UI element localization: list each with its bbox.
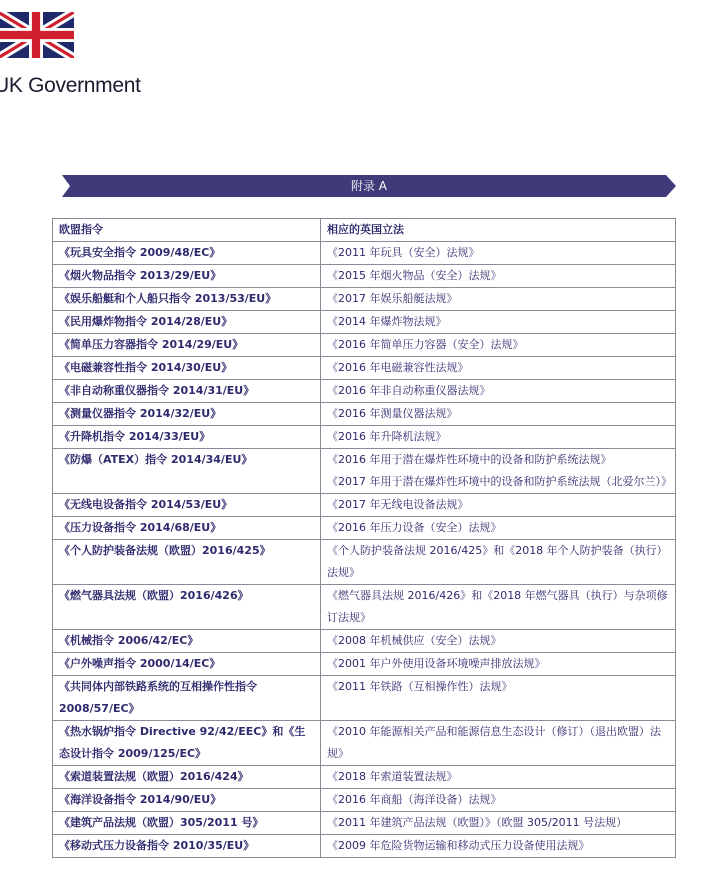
table-row: 《热水锅炉指令 Directive 92/42/EEC》和《生态设计指令 200… [53, 721, 676, 766]
eu-directive-cell: 《燃气器具法规（欧盟）2016/426》 [53, 585, 321, 630]
table-row: 《升降机指令 2014/33/EU》《2016 年升降机法规》 [53, 426, 676, 449]
uk-legislation-cell: 《燃气器具法规 2016/426》和《2018 年燃气器具（执行）与杂项修订法规… [321, 585, 676, 630]
uk-legislation-cell: 《2016 年电磁兼容性法规》 [321, 357, 676, 380]
column-header-uk-legislation: 相应的英国立法 [321, 219, 676, 242]
eu-directive-cell: 《电磁兼容性指令 2014/30/EU》 [53, 357, 321, 380]
table-row: 《玩具安全指令 2009/48/EC》《2011 年玩具（安全）法规》 [53, 242, 676, 265]
uk-legislation-cell: 《个人防护装备法规 2016/425》和《2018 年个人防护装备（执行）法规》 [321, 540, 676, 585]
uk-legislation-entry: 《2009 年危险货物运输和移动式压力设备使用法规》 [327, 835, 669, 857]
uk-legislation-cell: 《2016 年非自动称重仪器法规》 [321, 380, 676, 403]
uk-legislation-entry: 《2017 年用于潜在爆炸性环境中的设备和防护系统法规（北爱尔兰）》 [327, 471, 669, 493]
uk-legislation-entry: 《2016 年简单压力容器（安全）法规》 [327, 334, 669, 356]
eu-directive-cell: 《海洋设备指令 2014/90/EU》 [53, 789, 321, 812]
uk-legislation-entry: 《2014 年爆炸物法规》 [327, 311, 669, 333]
uk-legislation-cell: 《2017 年娱乐船艇法规》 [321, 288, 676, 311]
table-row: 《共同体内部铁路系统的互相操作性指令 2008/57/EC》《2011 年铁路（… [53, 676, 676, 721]
table-row: 《压力设备指令 2014/68/EU》《2016 年压力设备（安全）法规》 [53, 517, 676, 540]
table-row: 《索道装置法规（欧盟）2016/424》《2018 年索道装置法规》 [53, 766, 676, 789]
uk-legislation-cell: 《2010 年能源相关产品和能源信息生态设计（修订）（退出欧盟）法规》 [321, 721, 676, 766]
table-row: 《民用爆炸物指令 2014/28/EU》《2014 年爆炸物法规》 [53, 311, 676, 334]
eu-directive-cell: 《户外噪声指令 2000/14/EC》 [53, 653, 321, 676]
table-row: 《移动式压力设备指令 2010/35/EU》《2009 年危险货物运输和移动式压… [53, 835, 676, 858]
table-row: 《个人防护装备法规（欧盟）2016/425》《个人防护装备法规 2016/425… [53, 540, 676, 585]
eu-directive-cell: 《非自动称重仪器指令 2014/31/EU》 [53, 380, 321, 403]
uk-government-logo: UK Government [0, 12, 170, 92]
table-row: 《娱乐船艇和个人船只指令 2013/53/EU》《2017 年娱乐船艇法规》 [53, 288, 676, 311]
eu-directive-cell: 《建筑产品法规（欧盟）305/2011 号》 [53, 812, 321, 835]
uk-legislation-cell: 《2017 年无线电设备法规》 [321, 494, 676, 517]
uk-legislation-cell: 《2011 年建筑产品法规（欧盟）》（欧盟 305/2011 号法规） [321, 812, 676, 835]
uk-legislation-cell: 《2011 年玩具（安全）法规》 [321, 242, 676, 265]
table-row: 《简单压力容器指令 2014/29/EU》《2016 年简单压力容器（安全）法规… [53, 334, 676, 357]
uk-legislation-entry: 《个人防护装备法规 2016/425》和《2018 年个人防护装备（执行）法规》 [327, 540, 669, 584]
uk-legislation-cell: 《2016 年商船（海洋设备）法规》 [321, 789, 676, 812]
eu-directive-cell: 《压力设备指令 2014/68/EU》 [53, 517, 321, 540]
eu-directive-cell: 《机械指令 2006/42/EC》 [53, 630, 321, 653]
eu-directive-cell: 《简单压力容器指令 2014/29/EU》 [53, 334, 321, 357]
uk-legislation-cell: 《2001 年户外使用设备环境噪声排放法规》 [321, 653, 676, 676]
annex-banner: 附录 A [62, 175, 676, 197]
uk-legislation-entry: 《2017 年娱乐船艇法规》 [327, 288, 669, 310]
table-row: 《防爆（ATEX）指令 2014/34/EU》《2016 年用于潜在爆炸性环境中… [53, 449, 676, 494]
uk-legislation-entry: 《2010 年能源相关产品和能源信息生态设计（修订）（退出欧盟）法规》 [327, 721, 669, 765]
uk-legislation-entry: 《2016 年非自动称重仪器法规》 [327, 380, 669, 402]
eu-directive-cell: 《防爆（ATEX）指令 2014/34/EU》 [53, 449, 321, 494]
uk-legislation-entry: 《2016 年商船（海洋设备）法规》 [327, 789, 669, 811]
uk-legislation-cell: 《2016 年简单压力容器（安全）法规》 [321, 334, 676, 357]
eu-directive-cell: 《玩具安全指令 2009/48/EC》 [53, 242, 321, 265]
eu-directive-cell: 《共同体内部铁路系统的互相操作性指令 2008/57/EC》 [53, 676, 321, 721]
uk-legislation-cell: 《2016 年压力设备（安全）法规》 [321, 517, 676, 540]
uk-legislation-entry: 《2011 年建筑产品法规（欧盟）》（欧盟 305/2011 号法规） [327, 812, 669, 834]
uk-legislation-entry: 《2016 年电磁兼容性法规》 [327, 357, 669, 379]
union-jack-flag-icon [0, 12, 74, 58]
eu-directive-cell: 《索道装置法规（欧盟）2016/424》 [53, 766, 321, 789]
table-row: 《电磁兼容性指令 2014/30/EU》《2016 年电磁兼容性法规》 [53, 357, 676, 380]
eu-directive-cell: 《烟火物品指令 2013/29/EU》 [53, 265, 321, 288]
uk-legislation-cell: 《2016 年用于潜在爆炸性环境中的设备和防护系统法规》《2017 年用于潜在爆… [321, 449, 676, 494]
uk-legislation-entry: 《2015 年烟火物品（安全）法规》 [327, 265, 669, 287]
directive-legislation-table: 欧盟指令 相应的英国立法 《玩具安全指令 2009/48/EC》《2011 年玩… [52, 218, 676, 858]
eu-directive-cell: 《移动式压力设备指令 2010/35/EU》 [53, 835, 321, 858]
table-row: 《非自动称重仪器指令 2014/31/EU》《2016 年非自动称重仪器法规》 [53, 380, 676, 403]
logo-text: UK Government [0, 74, 141, 98]
eu-directive-cell: 《个人防护装备法规（欧盟）2016/425》 [53, 540, 321, 585]
uk-legislation-entry: 《2016 年升降机法规》 [327, 426, 669, 448]
uk-legislation-cell: 《2011 年铁路（互相操作性）法规》 [321, 676, 676, 721]
eu-directive-cell: 《民用爆炸物指令 2014/28/EU》 [53, 311, 321, 334]
uk-legislation-cell: 《2009 年危险货物运输和移动式压力设备使用法规》 [321, 835, 676, 858]
banner-title: 附录 A [62, 175, 676, 197]
uk-legislation-cell: 《2016 年升降机法规》 [321, 426, 676, 449]
uk-legislation-entry: 《2011 年铁路（互相操作性）法规》 [327, 676, 669, 698]
uk-legislation-entry: 《2018 年索道装置法规》 [327, 766, 669, 788]
uk-legislation-cell: 《2008 年机械供应（安全）法规》 [321, 630, 676, 653]
uk-legislation-entry: 《2016 年测量仪器法规》 [327, 403, 669, 425]
table-row: 《海洋设备指令 2014/90/EU》《2016 年商船（海洋设备）法规》 [53, 789, 676, 812]
table-row: 《无线电设备指令 2014/53/EU》《2017 年无线电设备法规》 [53, 494, 676, 517]
uk-legislation-entry: 《2011 年玩具（安全）法规》 [327, 242, 669, 264]
uk-legislation-entry: 《2008 年机械供应（安全）法规》 [327, 630, 669, 652]
table-header-row: 欧盟指令 相应的英国立法 [53, 219, 676, 242]
table-row: 《户外噪声指令 2000/14/EC》《2001 年户外使用设备环境噪声排放法规… [53, 653, 676, 676]
eu-directive-cell: 《热水锅炉指令 Directive 92/42/EEC》和《生态设计指令 200… [53, 721, 321, 766]
table-row: 《烟火物品指令 2013/29/EU》《2015 年烟火物品（安全）法规》 [53, 265, 676, 288]
uk-legislation-entry: 《2017 年无线电设备法规》 [327, 494, 669, 516]
eu-directive-cell: 《测量仪器指令 2014/32/EU》 [53, 403, 321, 426]
table-row: 《燃气器具法规（欧盟）2016/426》《燃气器具法规 2016/426》和《2… [53, 585, 676, 630]
eu-directive-cell: 《娱乐船艇和个人船只指令 2013/53/EU》 [53, 288, 321, 311]
uk-legislation-entry: 《燃气器具法规 2016/426》和《2018 年燃气器具（执行）与杂项修订法规… [327, 585, 669, 629]
eu-directive-cell: 《升降机指令 2014/33/EU》 [53, 426, 321, 449]
uk-legislation-entry: 《2001 年户外使用设备环境噪声排放法规》 [327, 653, 669, 675]
uk-legislation-entry: 《2016 年用于潜在爆炸性环境中的设备和防护系统法规》 [327, 449, 669, 471]
table-row: 《建筑产品法规（欧盟）305/2011 号》《2011 年建筑产品法规（欧盟）》… [53, 812, 676, 835]
uk-legislation-entry: 《2016 年压力设备（安全）法规》 [327, 517, 669, 539]
uk-legislation-cell: 《2014 年爆炸物法规》 [321, 311, 676, 334]
uk-legislation-cell: 《2016 年测量仪器法规》 [321, 403, 676, 426]
column-header-eu-directive: 欧盟指令 [53, 219, 321, 242]
uk-legislation-cell: 《2018 年索道装置法规》 [321, 766, 676, 789]
eu-directive-cell: 《无线电设备指令 2014/53/EU》 [53, 494, 321, 517]
table-row: 《测量仪器指令 2014/32/EU》《2016 年测量仪器法规》 [53, 403, 676, 426]
table-row: 《机械指令 2006/42/EC》《2008 年机械供应（安全）法规》 [53, 630, 676, 653]
uk-legislation-cell: 《2015 年烟火物品（安全）法规》 [321, 265, 676, 288]
